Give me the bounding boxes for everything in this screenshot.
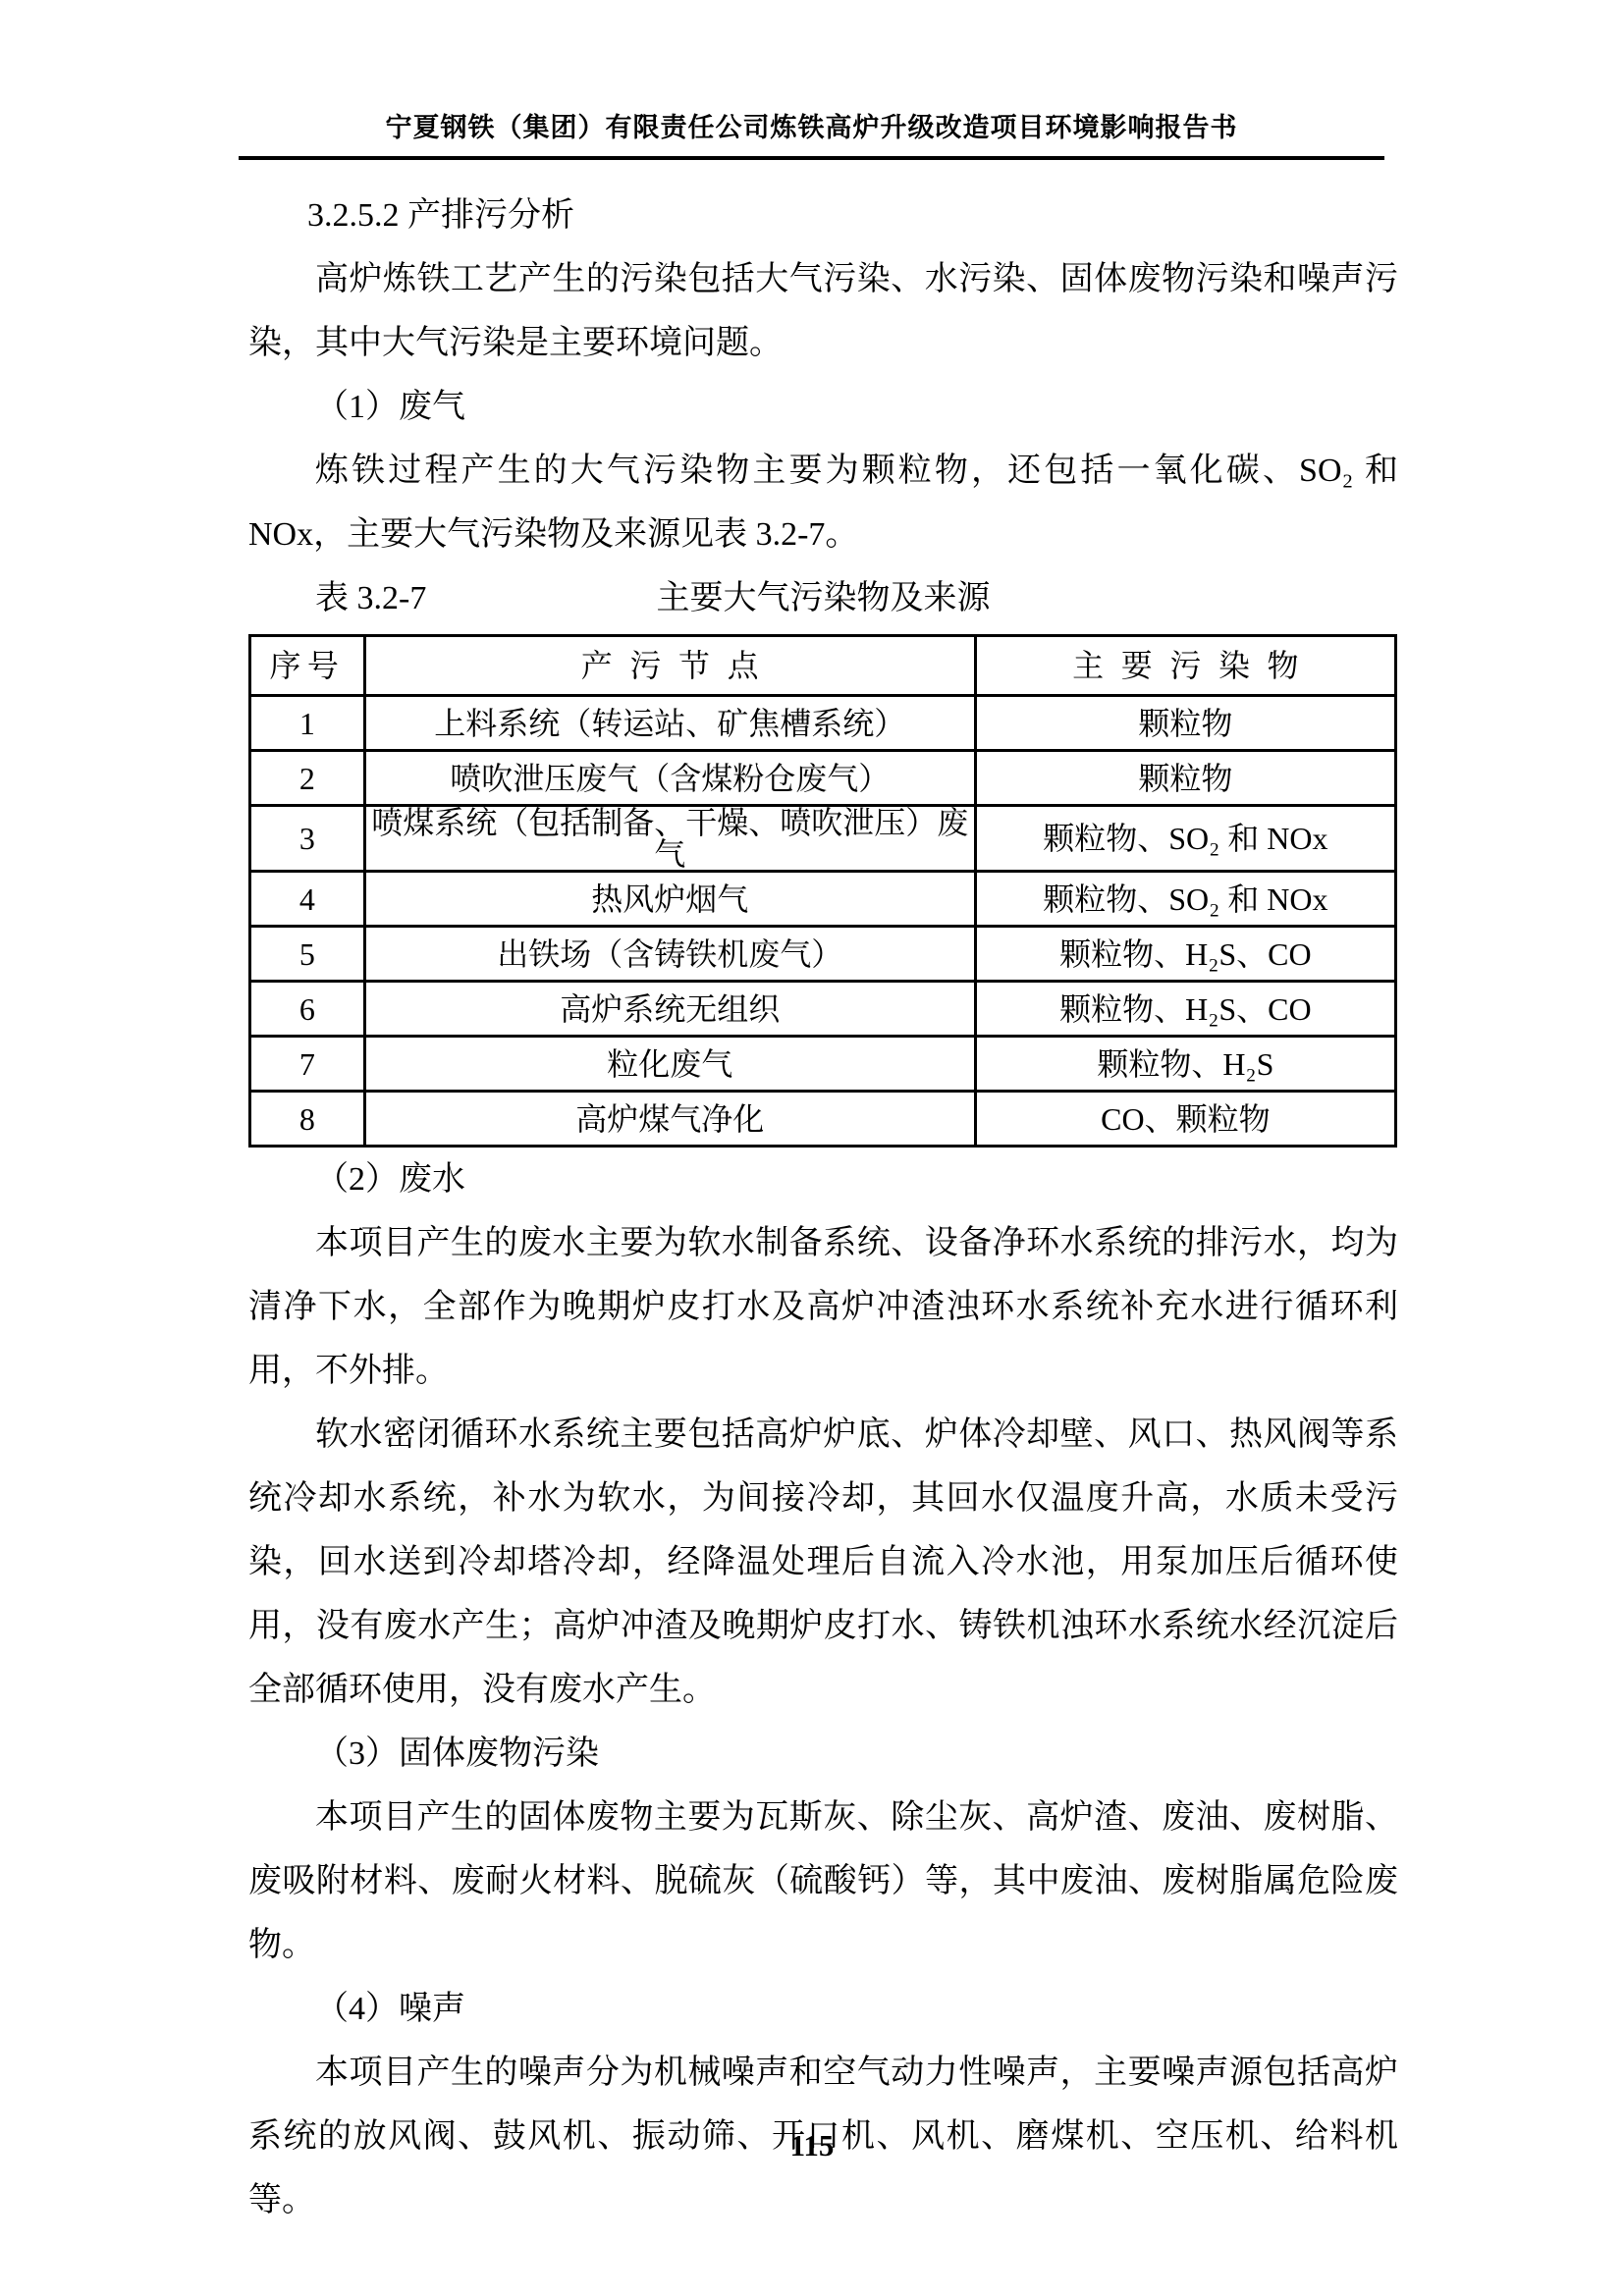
table-cell: 喷煤系统（包括制备、干燥、喷吹泄压）废气: [364, 806, 975, 872]
column-header-source: 产污节点: [364, 636, 975, 696]
table-row: 7 粒化废气 颗粒物、H₂S: [250, 1037, 1396, 1092]
table-caption-title: 主要大气污染物及来源: [657, 580, 991, 616]
table-caption-label: 表 3.2-7: [315, 566, 426, 630]
subsection-waste-gas-heading: （1）废气: [248, 375, 1398, 439]
pollutant-source-table: 序号 产污节点 主要污染物 1 上料系统（转运站、矿焦槽系统） 颗粒物 2 喷吹…: [248, 634, 1397, 1148]
table-cell: 颗粒物: [975, 696, 1395, 751]
table-cell: 颗粒物、H₂S、CO: [975, 982, 1395, 1037]
column-header-pollutant: 主要污染物: [975, 636, 1395, 696]
table-cell: 颗粒物、H₂S: [975, 1037, 1395, 1092]
table-cell: 5: [250, 927, 365, 982]
table-cell: 高炉煤气净化: [364, 1092, 975, 1147]
table-cell: 颗粒物、SO₂ 和 NOx: [975, 872, 1395, 927]
table-cell: 3: [250, 806, 365, 872]
table-row: 5 出铁场（含铸铁机废气） 颗粒物、H₂S、CO: [250, 927, 1396, 982]
report-title: 宁夏钢铁（集团）有限责任公司炼铁高炉升级改造项目环境影响报告书: [386, 113, 1238, 142]
document-page: 宁夏钢铁（集团）有限责任公司炼铁高炉升级改造项目环境影响报告书 3.2.5.2 …: [0, 0, 1624, 2296]
table-caption: 表 3.2-7 主要大气污染物及来源: [248, 566, 1398, 630]
page-number: 115: [0, 2128, 1624, 2163]
table-cell: 粒化废气: [364, 1037, 975, 1092]
table-cell: CO、颗粒物: [975, 1092, 1395, 1147]
subsection-solid-waste-heading: （3）固体废物污染: [248, 1722, 1398, 1786]
table-cell: 喷吹泄压废气（含煤粉仓废气）: [364, 751, 975, 806]
table-header-row: 序号 产污节点 主要污染物: [250, 636, 1396, 696]
paragraph-waste-gas: 炼铁过程产生的大气污染物主要为颗粒物，还包括一氧化碳、SO₂ 和 NOx，主要大…: [248, 439, 1398, 566]
table-row: 4 热风炉烟气 颗粒物、SO₂ 和 NOx: [250, 872, 1396, 927]
paragraph-waste-water-1: 本项目产生的废水主要为软水制备系统、设备净环水系统的排污水，均为清净下水，全部作…: [248, 1211, 1398, 1403]
table-cell: 6: [250, 982, 365, 1037]
paragraph-intro: 高炉炼铁工艺产生的污染包括大气污染、水污染、固体废物污染和噪声污染，其中大气污染…: [248, 247, 1398, 375]
table-cell: 8: [250, 1092, 365, 1147]
table-cell: 1: [250, 696, 365, 751]
table-cell: 上料系统（转运站、矿焦槽系统）: [364, 696, 975, 751]
table-row: 1 上料系统（转运站、矿焦槽系统） 颗粒物: [250, 696, 1396, 751]
table-cell: 高炉系统无组织: [364, 982, 975, 1037]
table-cell: 颗粒物、H₂S、CO: [975, 927, 1395, 982]
paragraph-solid-waste: 本项目产生的固体废物主要为瓦斯灰、除尘灰、高炉渣、废油、废树脂、废吸附材料、废耐…: [248, 1786, 1398, 1977]
table-row: 8 高炉煤气净化 CO、颗粒物: [250, 1092, 1396, 1147]
page-body: 3.2.5.2 产排污分析 高炉炼铁工艺产生的污染包括大气污染、水污染、固体废物…: [248, 184, 1398, 2232]
table-row: 6 高炉系统无组织 颗粒物、H₂S、CO: [250, 982, 1396, 1037]
table-cell: 出铁场（含铸铁机废气）: [364, 927, 975, 982]
page-header: 宁夏钢铁（集团）有限责任公司炼铁高炉升级改造项目环境影响报告书: [239, 106, 1384, 160]
table-cell: 7: [250, 1037, 365, 1092]
table-cell: 4: [250, 872, 365, 927]
table-cell: 颗粒物、SO₂ 和 NOx: [975, 806, 1395, 872]
table-cell: 2: [250, 751, 365, 806]
subsection-waste-water-heading: （2）废水: [248, 1148, 1398, 1211]
column-header-index: 序号: [250, 636, 365, 696]
table-row: 2 喷吹泄压废气（含煤粉仓废气） 颗粒物: [250, 751, 1396, 806]
section-heading: 3.2.5.2 产排污分析: [248, 184, 1398, 247]
paragraph-waste-water-2: 软水密闭循环水系统主要包括高炉炉底、炉体冷却壁、风口、热风阀等系统冷却水系统，补…: [248, 1403, 1398, 1722]
table-cell: 颗粒物: [975, 751, 1395, 806]
subsection-noise-heading: （4）噪声: [248, 1977, 1398, 2041]
table-row: 3 喷煤系统（包括制备、干燥、喷吹泄压）废气 颗粒物、SO₂ 和 NOx: [250, 806, 1396, 872]
table-cell: 热风炉烟气: [364, 872, 975, 927]
